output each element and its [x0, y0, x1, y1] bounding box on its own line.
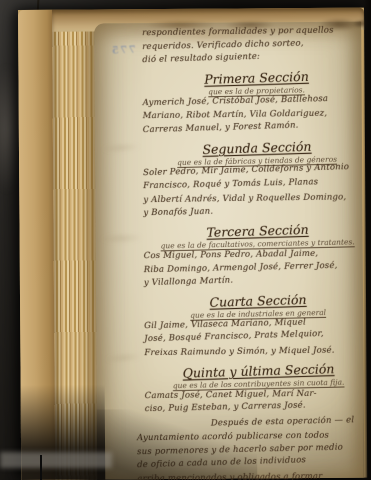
ink-bleed	[99, 232, 143, 244]
manuscript-book: 775 respondientes formalidades y por aqu…	[18, 8, 367, 480]
ink-bleed	[104, 352, 143, 365]
closing-paragraph: Después de esta operación — el Ayuntamie…	[137, 417, 371, 480]
ink-bleed	[101, 142, 142, 154]
section-segunda: Segunda Sección que es la de fábricas y …	[143, 139, 371, 221]
manuscript-text: respondientes formalidades y por aquello…	[142, 26, 371, 480]
clamp-mark	[40, 455, 42, 480]
archive-number-stamp: 775	[110, 45, 136, 57]
manuscript-page: 775 respondientes formalidades y por aqu…	[94, 22, 364, 480]
section-primera: Primera Sección que es la de propietario…	[142, 69, 370, 137]
right-edge-shadow	[363, 0, 371, 480]
section-quinta: Quinta y última Sección que es la de los…	[144, 362, 371, 417]
manuscript-line: Freixas Raimundo y Simón, y Miquel José.	[144, 344, 371, 361]
section-tercera: Tercera Sección que es la de facultativo…	[143, 222, 371, 290]
section-cuarta: Cuarta Sección que es la de industriales…	[144, 292, 371, 360]
table-edge-reflection	[0, 452, 112, 468]
photo-stage: 775 respondientes formalidades y por aqu…	[0, 0, 371, 480]
